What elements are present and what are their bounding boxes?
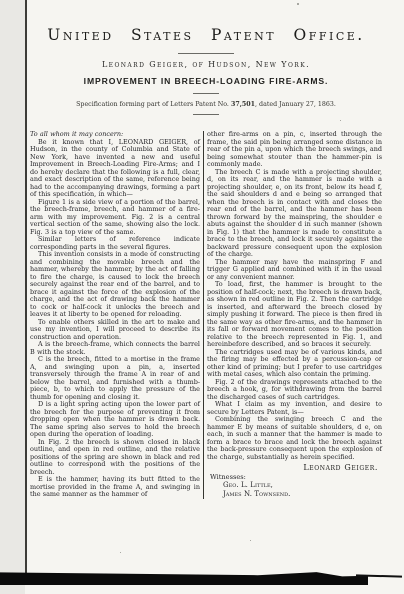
- paragraph: other fire-arms on a pin, c, inserted th…: [207, 131, 382, 169]
- paragraph: Similar letters of reference indicate co…: [30, 236, 200, 251]
- left-column: To all whom it may concern: Be it known …: [30, 131, 200, 499]
- spec-prefix: Specification forming part of Letters Pa…: [76, 101, 231, 108]
- witness-name: Geo. L. Little,: [207, 481, 382, 490]
- paragraph: In Fig. 2 the breech is shown closed in …: [30, 439, 200, 477]
- divider-rule: [178, 53, 234, 54]
- scan-speck: [250, 540, 251, 541]
- invention-title: IMPROVEMENT IN BREECH-LOADING FIRE-ARMS.: [26, 76, 386, 86]
- paragraph: Figure 1 is a side view of a portion of …: [30, 199, 200, 237]
- patent-number: 37,501: [231, 101, 255, 108]
- scan-speck: [297, 3, 299, 5]
- paragraph: C is the breech, fitted to a mortise in …: [30, 356, 200, 401]
- body-columns: To all whom it may concern: Be it known …: [30, 131, 382, 499]
- left-margin-strip: [0, 0, 25, 594]
- paragraph: E is the hammer, having its butt fitted …: [30, 476, 200, 499]
- divider-rule: [193, 93, 219, 94]
- paragraph: The breech C is made with a projecting s…: [207, 169, 382, 259]
- paragraph: D is a light spring acting upon the lowe…: [30, 401, 200, 439]
- masthead: United States Patent Office. Leonard Gei…: [26, 26, 386, 115]
- patent-document-page: United States Patent Office. Leonard Gei…: [0, 0, 404, 594]
- paragraph: Fig. 2 of the drawings represents attach…: [207, 379, 382, 402]
- specification-line: Specification forming part of Letters Pa…: [26, 101, 386, 108]
- inventor-byline: Leonard Geiger, of Hudson, New York.: [26, 60, 386, 69]
- patent-office-title: United States Patent Office.: [26, 26, 386, 44]
- inventor-signature: Leonard Geiger.: [207, 464, 378, 472]
- scan-speck: [120, 552, 121, 553]
- divider-rule: [193, 114, 219, 115]
- paragraph: To enable others skilled in the art to m…: [30, 319, 200, 342]
- paragraph: This invention consists in a mode of con…: [30, 251, 200, 319]
- scan-speck: [340, 120, 341, 121]
- paragraph: What I claim as my invention, and desire…: [207, 401, 382, 416]
- paragraph: Be it known that I, LEONARD GEIGER, of H…: [30, 139, 200, 199]
- column-divider-rule: [203, 131, 204, 499]
- paragraph: The hammer may have the mainspring F and…: [207, 259, 382, 282]
- paragraph: Combining the swinging breech C and the …: [207, 416, 382, 461]
- bottom-scan-band: [0, 571, 368, 585]
- paragraph: The cartridges used may be of various ki…: [207, 349, 382, 379]
- witness-name: James N. Townsend.: [207, 490, 382, 499]
- paragraph: A is the breech-frame, which connects th…: [30, 341, 200, 356]
- witnesses-label: Witnesses:: [207, 474, 382, 482]
- spec-suffix: , dated January 27, 1863.: [255, 101, 336, 108]
- right-column: other fire-arms on a pin, c, inserted th…: [207, 131, 382, 499]
- paragraph: To load, first, the hammer is brought to…: [207, 281, 382, 349]
